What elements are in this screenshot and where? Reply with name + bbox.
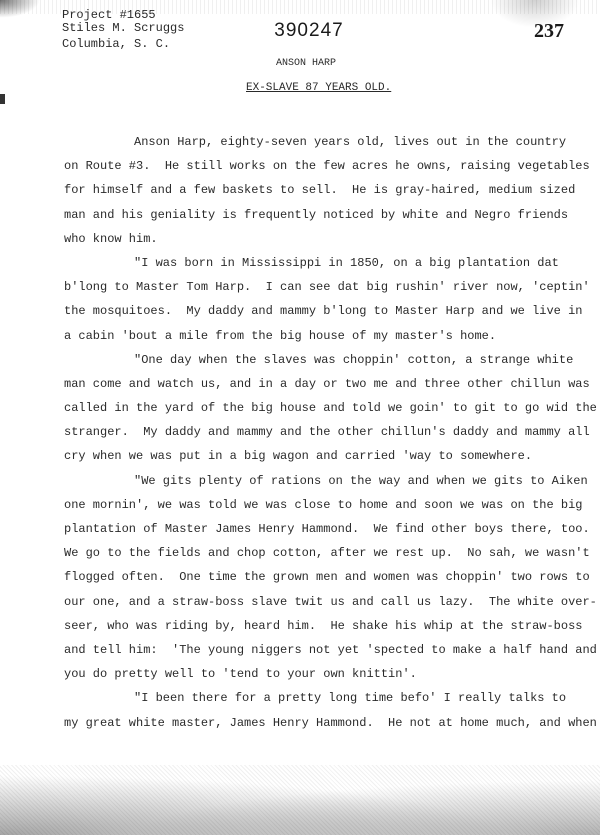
text-line: plantation of Master James Henry Hammond… [64, 517, 574, 541]
scan-noise-bottom [0, 765, 600, 835]
text-line: "I was born in Mississippi in 1850, on a… [64, 251, 574, 275]
text-line: for himself and a few baskets to sell. H… [64, 178, 574, 202]
text-line: b'long to Master Tom Harp. I can see dat… [64, 275, 574, 299]
document-subtitle: EX-SLAVE 87 YEARS OLD. [246, 82, 391, 94]
text-line: who know him. [64, 227, 574, 251]
page-number: 237 [534, 20, 564, 43]
text-line: and tell him: 'The young niggers not yet… [64, 638, 574, 662]
text-line: seer, who was riding by, heard him. He s… [64, 614, 574, 638]
text-line: our one, and a straw-boss slave twit us … [64, 590, 574, 614]
text-line: flogged often. One time the grown men an… [64, 565, 574, 589]
text-line: my great white master, James Henry Hammo… [64, 711, 574, 735]
text-line: "One day when the slaves was choppin' co… [64, 348, 574, 372]
text-line: We go to the fields and chop cotton, aft… [64, 541, 574, 565]
text-line: the mosquitoes. My daddy and mammy b'lon… [64, 299, 574, 323]
text-line: stranger. My daddy and mammy and the oth… [64, 420, 574, 444]
text-line: Anson Harp, eighty-seven years old, live… [64, 130, 574, 154]
text-line: one mornin', we was told we was close to… [64, 493, 574, 517]
text-line: "We gits plenty of rations on the way an… [64, 469, 574, 493]
body-text: Anson Harp, eighty-seven years old, live… [64, 130, 574, 735]
scan-smudge-top-left [0, 0, 40, 18]
text-line: a cabin 'bout a mile from the big house … [64, 324, 574, 348]
text-line: "I been there for a pretty long time bef… [64, 686, 574, 710]
text-line: you do pretty well to 'tend to your own … [64, 662, 574, 686]
text-line: man come and watch us, and in a day or t… [64, 372, 574, 396]
text-line: cry when we was put in a big wagon and c… [64, 444, 574, 468]
binding-mark [0, 94, 5, 104]
text-line: on Route #3. He still works on the few a… [64, 154, 574, 178]
document-page: Project #1655 Stiles M. Scruggs Columbia… [0, 0, 600, 835]
subject-name: ANSON HARP [0, 58, 600, 69]
document-number: 390247 [0, 20, 600, 42]
text-line: man and his geniality is frequently noti… [64, 203, 574, 227]
text-line: called in the yard of the big house and … [64, 396, 574, 420]
